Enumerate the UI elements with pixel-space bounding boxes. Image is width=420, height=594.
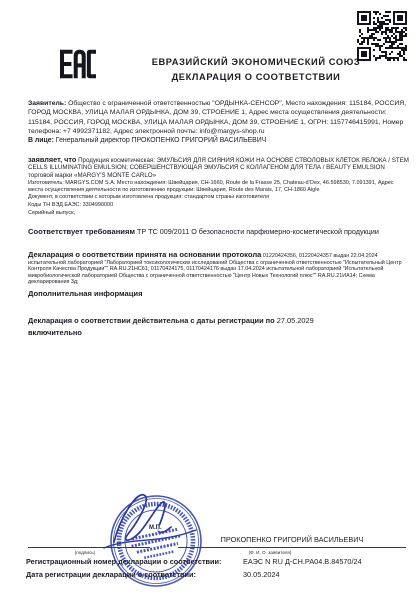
signature-line [28,547,150,548]
product-text: Продукция косметическая: ЭМУЛЬСИЯ ДЛЯ СИ… [28,157,409,179]
compliance-paragraph: Соответствует требованиям ТР ТС 009/2011… [28,226,398,237]
reg-number-label: Регистрационный номер декларации о соотв… [26,557,221,566]
reg-number-value: ЕАЭС N RU Д-CH.РА04.В.84570/24 [243,557,362,566]
compliance-label: Соответствует требованиям [28,227,135,236]
declares-label: заявляет, что [28,155,76,164]
representative-label: В лице: [28,137,54,144]
reg-date-label: Дата регистрации декларации о соответств… [26,570,196,579]
protocol-label: Декларация о соответствии принята на осн… [28,250,261,259]
validity-suffix: включительно [28,327,406,339]
release-type-text: Серийный выпуск, [28,210,410,217]
applicant-paragraph: Заявитель: Общество с ограниченной ответ… [28,99,407,137]
representative-line: В лице: Генеральный директор ПРОКОПЕНКО … [28,137,407,144]
applicant-text: Общество с ограниченной ответственностью… [28,100,406,135]
product-declaration: заявляет, что Продукция косметическая: Э… [28,156,410,217]
document-page: ЕВРАЗИЙСКИЙ ЭКОНОМИЧЕСКИЙ СОЮЗ ДЕКЛАРАЦИ… [0,0,420,594]
applicant-label: Заявитель: [28,100,66,107]
reg-date-value: 30.05.2024 [243,570,280,579]
page-title: ДЕКЛАРАЦИЯ О СООТВЕТСТВИИ [100,72,412,82]
tnved-code-text: Коды ТН ВЭД ЕАЭС: 3304990000 [28,202,410,209]
validity-paragraph: Декларация о соответствии действительна … [28,315,406,338]
qr-code [357,11,407,61]
signature-caption: (подпись) [40,550,130,555]
stamp-place-label: М.П. [147,525,164,531]
applicant-name: ПРОКОПЕНКО ГРИГОРИЙ ВАСИЛЬЕВИЧ [178,535,406,544]
validity-date: 27.05.2029 [277,316,314,325]
representative-text: Генеральный директор ПРОКОПЕНКО ГРИГОРИЙ… [56,137,267,144]
name-caption: (Ф. И. О. заявителя) [225,550,315,555]
manufacturer-text: Изготовитель: MARGYS.COM S.A. Место нахо… [28,180,410,194]
validity-label: Декларация о соответствии действительна … [28,316,275,325]
protocol-paragraph: Декларация о соответствии принята на осн… [28,252,408,286]
eac-mark-icon [60,49,96,79]
compliance-text: ТР ТС 009/2011 О безопасности парфюмерно… [137,227,379,236]
additional-info-heading: Дополнительная информация [28,289,143,298]
document-basis-text: Документ, в соответствии с которым изгот… [28,194,410,201]
name-line [178,547,406,548]
